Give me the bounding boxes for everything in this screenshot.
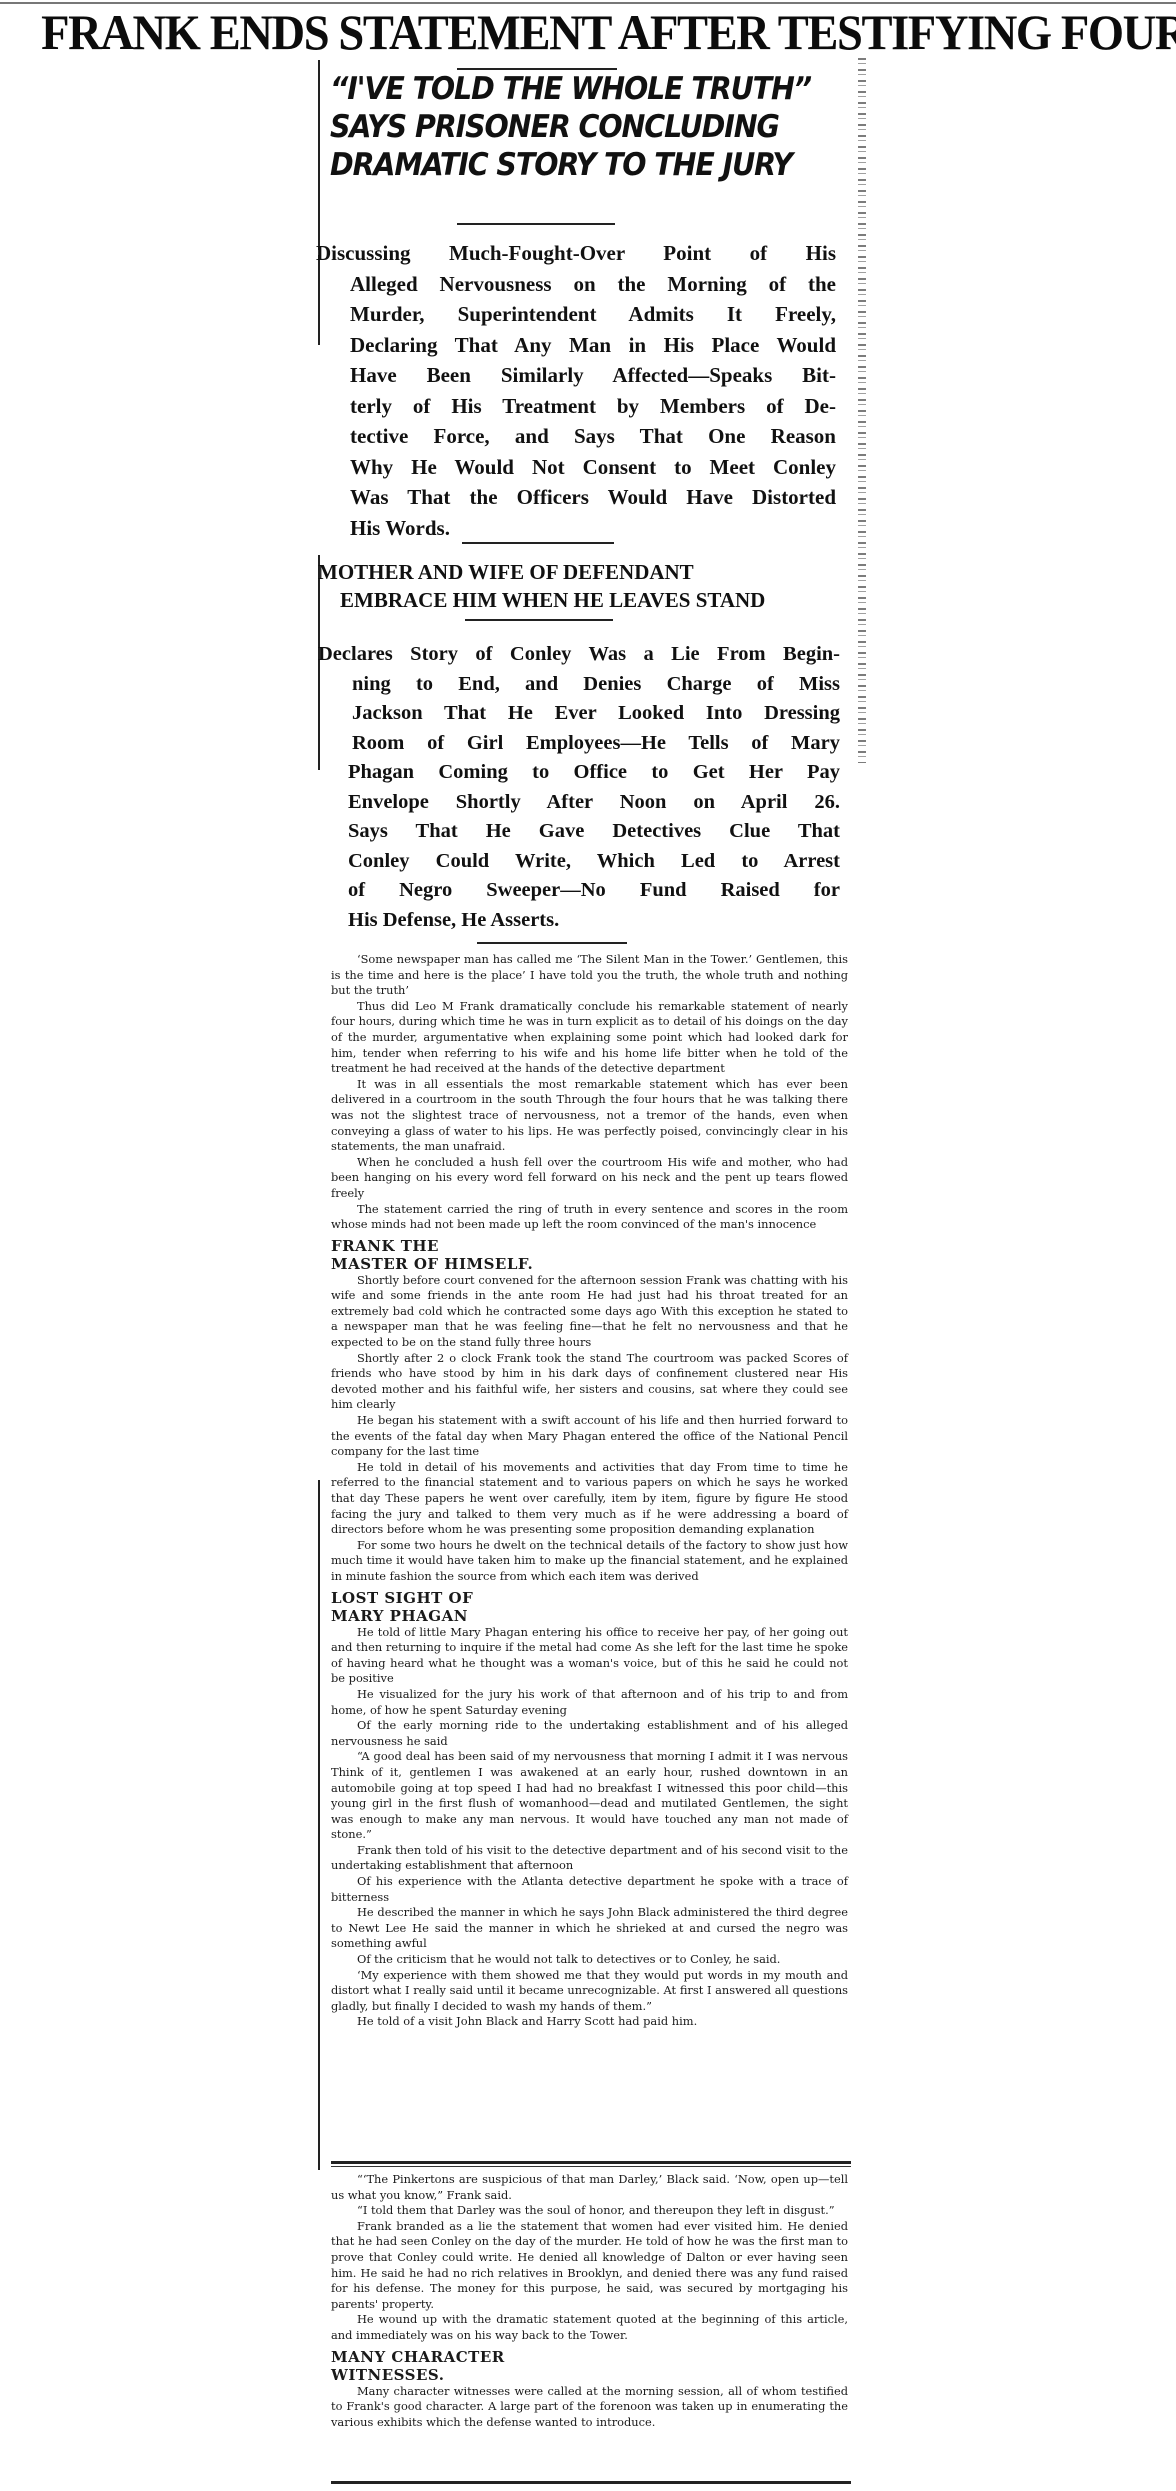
paragraph: He told in detail of his movements and a…: [331, 1460, 848, 1538]
paragraph: ‘Some newspaper man has called me ‘The S…: [331, 952, 848, 999]
deck4-line: Says That He Gave Detectives Clue That: [318, 817, 840, 847]
deck2-line: Discussing Much-Fought-Over Point of His: [316, 238, 836, 269]
deck-separator-rule: [465, 619, 613, 621]
paragraph: Of the criticism that he would not talk …: [331, 1952, 848, 1968]
deck2-line: Declaring That Any Man in His Place Woul…: [316, 330, 836, 361]
deck4-line: Conley Could Write, Which Led to Arrest: [318, 847, 840, 877]
paragraph: It was in all essentials the most remark…: [331, 1077, 848, 1155]
deck-separator-rule: [477, 942, 627, 944]
paragraph: The statement carried the ring of truth …: [331, 1202, 848, 1233]
deck4-line: Jackson That He Ever Looked Into Dressin…: [318, 699, 840, 729]
deck4-line: ning to End, and Denies Charge of Miss: [318, 670, 840, 700]
deck3-line: EMBRACE HIM WHEN HE LEAVES STAND: [318, 586, 832, 614]
deck4-line: Room of Girl Employees—He Tells of Mary: [318, 729, 840, 759]
deck2-line: tective Force, and Says That One Reason: [316, 421, 836, 452]
paragraph: “A good deal has been said of my nervous…: [331, 1749, 848, 1843]
bottom-rule: [331, 2481, 851, 2484]
column-rule-left: [318, 60, 320, 250]
deck2-line: His Words.: [316, 513, 836, 544]
paragraph: Of the early morning ride to the underta…: [331, 1718, 848, 1749]
subhead-character-witnesses: MANY CHARACTER WITNESSES.: [331, 2348, 848, 2384]
deck4-line: Phagan Coming to Office to Get Her Pay: [318, 758, 840, 788]
paragraph: Shortly after 2 o clock Frank took the s…: [331, 1351, 848, 1413]
paragraph: Frank branded as a lie the statement tha…: [331, 2219, 848, 2313]
deck2-line: Was That the Officers Would Have Distort…: [316, 482, 836, 513]
paragraph: He told of a visit John Black and Harry …: [331, 2014, 848, 2030]
paragraph: Many character witnesses were called at …: [331, 2384, 848, 2431]
paragraph: He described the manner in which he says…: [331, 1905, 848, 1952]
deck-primary-headline: “I'VE TOLD THE WHOLE TRUTH” SAYS PRISONE…: [330, 70, 808, 184]
deck4-line: His Defense, He Asserts.: [318, 906, 840, 936]
column-break-rule: [331, 2161, 851, 2164]
deck-summary-conley: Declares Story of Conley Was a Lie From …: [318, 640, 840, 935]
paragraph: Shortly before court convened for the af…: [331, 1273, 848, 1351]
article-body: ‘Some newspaper man has called me ‘The S…: [331, 952, 848, 2030]
article-body-continued: “‘The Pinkertons are suspicious of that …: [331, 2172, 848, 2430]
paragraph: Of his experience with the Atlanta detec…: [331, 1874, 848, 1905]
column-break-rule: [331, 2166, 851, 2167]
deck2-line: terly of His Treatment by Members of De-: [316, 391, 836, 422]
paragraph: Thus did Leo M Frank dramatically conclu…: [331, 999, 848, 1077]
subhead-lost-sight: LOST SIGHT OF MARY PHAGAN: [331, 1589, 848, 1625]
deck-separator-rule: [462, 542, 614, 544]
deck-separator-rule: [457, 223, 615, 225]
deck2-line: Have Been Similarly Affected—Speaks Bit-: [316, 360, 836, 391]
paragraph: Frank then told of his visit to the dete…: [331, 1843, 848, 1874]
deck4-line: Declares Story of Conley Was a Lie From …: [318, 640, 840, 670]
paragraph: For some two hours he dwelt on the techn…: [331, 1538, 848, 1585]
paragraph: When he concluded a hush fell over the c…: [331, 1155, 848, 1202]
paragraph: “‘The Pinkertons are suspicious of that …: [331, 2172, 848, 2203]
paragraph: He began his statement with a swift acco…: [331, 1413, 848, 1460]
paragraph: He told of little Mary Phagan entering h…: [331, 1625, 848, 1687]
deck1-line: “I'VE TOLD THE WHOLE TRUTH”: [330, 70, 808, 108]
paragraph: ‘My experience with them showed me that …: [331, 1968, 848, 2015]
column-rule-left: [318, 1480, 320, 2170]
deck4-line: of Negro Sweeper—No Fund Raised for: [318, 876, 840, 906]
deck3-line: MOTHER AND WIFE OF DEFENDANT: [318, 558, 832, 586]
page-edge-artifact: [858, 58, 866, 763]
banner-headline: FRANK ENDS STATEMENT AFTER TESTIFYING FO…: [41, 4, 1135, 60]
paragraph: He visualized for the jury his work of t…: [331, 1687, 848, 1718]
deck-mother-and-wife: MOTHER AND WIFE OF DEFENDANT EMBRACE HIM…: [318, 558, 832, 614]
subhead-master-of-himself: FRANK THE MASTER OF HIMSELF.: [331, 1237, 848, 1273]
deck1-line: DRAMATIC STORY TO THE JURY: [330, 146, 808, 184]
paragraph: He wound up with the dramatic statement …: [331, 2312, 848, 2343]
deck2-line: Murder, Superintendent Admits It Freely,: [316, 299, 836, 330]
deck4-line: Envelope Shortly After Noon on April 26.: [318, 788, 840, 818]
deck1-line: SAYS PRISONER CONCLUDING: [330, 108, 808, 146]
paragraph: “I told them that Darley was the soul of…: [331, 2203, 848, 2219]
deck2-line: Why He Would Not Consent to Meet Conley: [316, 452, 836, 483]
deck2-line: Alleged Nervousness on the Morning of th…: [316, 269, 836, 300]
deck-summary-nervousness: Discussing Much-Fought-Over Point of His…: [316, 238, 836, 543]
